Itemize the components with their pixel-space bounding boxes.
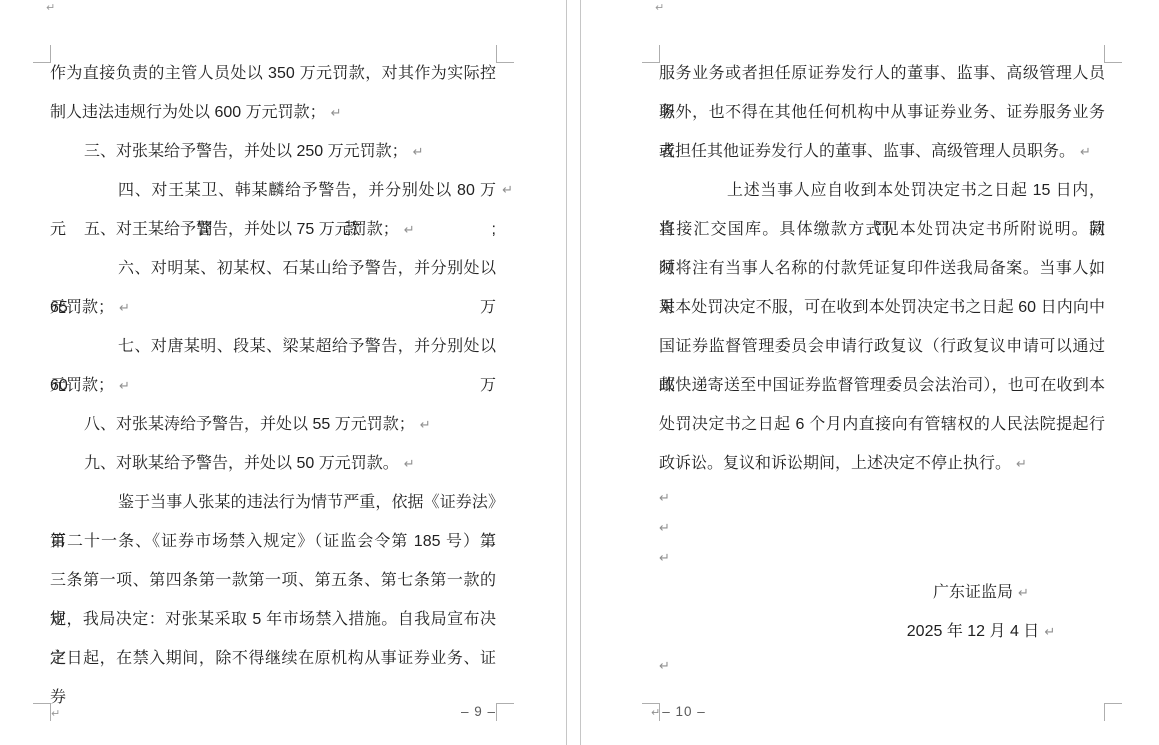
text-line-content: 政诉讼。复议和诉讼期间，上述决定不停止执行。 — [659, 455, 1011, 472]
paragraph-mark-icon: ↵ — [659, 551, 670, 566]
text-line[interactable]: 政诉讼。复议和诉讼期间，上述决定不停止执行。↵ — [659, 444, 1105, 483]
signature-org: 广东证监局↵ — [846, 573, 1116, 612]
text-line[interactable]: 须将注有当事人名称的付款凭证复印件送我局备案。当事人如果 — [659, 249, 1105, 288]
signature-block[interactable]: 广东证监局↵ 2025 年 12 月 4 日↵ — [846, 573, 1116, 651]
text-line-content: 八、对张某涛给予警告，并处以 55 万元罚款； — [50, 416, 415, 433]
text-line[interactable]: 者担任其他证券发行人的董事、监事、高级管理人员职务。↵ — [659, 132, 1105, 171]
page-9-text-column[interactable]: 作为直接负责的主管人员处以 350 万元罚款，对其作为实际控制人违法违规行为处以… — [50, 54, 496, 678]
text-line[interactable]: 对本处罚决定不服，可在收到本处罚决定书之日起 60 日内向中 — [659, 288, 1105, 327]
text-line[interactable]: 上述当事人应自收到本处罚决定书之日起 15 日内，将罚款 — [659, 171, 1105, 210]
page-9[interactable]: ↵ 作为直接负责的主管人员处以 350 万元罚款，对其作为实际控制人违法违规行为… — [0, 0, 567, 745]
paragraph-mark-icon: ↵ — [331, 106, 342, 121]
text-line-content: 者担任其他证券发行人的董事、监事、高级管理人员职务。 — [659, 143, 1075, 160]
paragraph-mark-icon: ↵ — [420, 418, 431, 433]
page-10-footer[interactable]: ↵– 10 – — [651, 704, 706, 719]
paragraph-mark-icon: ↵ — [1080, 145, 1091, 160]
text-line[interactable]: 制人违法违规行为处以 600 万元罚款；↵ — [50, 93, 496, 132]
text-line[interactable]: 四、对王某卫、韩某麟给予警告，并分别处以 80 万元罚款;↵ — [50, 171, 496, 210]
page-number: – 9 – — [461, 704, 496, 719]
text-line-content: 三、对张某给予警告，并处以 250 万元罚款； — [50, 143, 408, 160]
text-boundary-corner-top-right — [1104, 45, 1122, 63]
paragraph-mark-icon: ↵ — [119, 301, 130, 316]
text-line-content: 九、对耿某给予警告，并处以 50 万元罚款。 — [50, 455, 399, 472]
text-line[interactable]: 直接汇交国库。具体缴款方式见本处罚决定书所附说明。同时， — [659, 210, 1105, 249]
paragraph-mark-icon: ↵ — [468, 171, 513, 210]
paragraph-mark-icon: ↵ — [651, 706, 661, 719]
text-line[interactable]: 处罚决定书之日起 6 个月内直接向有管辖权的人民法院提起行 — [659, 405, 1105, 444]
text-line-content: 处罚决定书之日起 6 个月内直接向有管辖权的人民法院提起行 — [659, 416, 1105, 433]
text-boundary-corner-bottom-left — [33, 703, 51, 721]
text-line[interactable]: 元罚款；↵ — [50, 288, 496, 327]
text-line[interactable]: 之日起，在禁入期间，除不得继续在原机构从事证券业务、证券 — [50, 639, 496, 678]
text-line[interactable]: 九、对耿某给予警告，并处以 50 万元罚款。↵ — [50, 444, 496, 483]
paragraph-mark-icon: ↵ — [659, 491, 670, 506]
empty-paragraph: ↵ — [659, 543, 1105, 573]
text-line[interactable]: 定，我局决定：对张某采取 5 年市场禁入措施。自我局宣布决定 — [50, 600, 496, 639]
signature-date-text: 2025 年 12 月 4 日 — [907, 623, 1040, 640]
signature-org-text: 广东证监局 — [933, 584, 1013, 601]
empty-paragraph: ↵ — [659, 651, 1105, 681]
page-10[interactable]: ↵ 服务业务或者担任原证券发行人的董事、监事、高级管理人员职务外，也不得在其他任… — [580, 0, 1159, 745]
text-line-content: 百二十一条、《证券市场禁入规定》（证监会令第 185 号）第 — [50, 533, 496, 550]
text-line[interactable]: 百二十一条、《证券市场禁入规定》（证监会令第 185 号）第 — [50, 522, 496, 561]
paragraph-mark-icon: ↵ — [404, 223, 415, 238]
text-line-content: 五、对王某给予警告，并处以 75 万元罚款； — [50, 221, 399, 238]
text-boundary-corner-top-left — [33, 45, 51, 63]
header-paragraph-mark: ↵ — [46, 1, 55, 14]
text-line-content: 作为直接负责的主管人员处以 350 万元罚款，对其作为实际控 — [50, 65, 496, 82]
text-line[interactable]: 三条第一项、第四条第一款第一项、第五条、第七条第一款的规 — [50, 561, 496, 600]
text-boundary-corner-bottom-right — [1104, 703, 1122, 721]
page-9-footer[interactable]: – 9 – — [50, 704, 496, 719]
paragraph-mark-icon: ↵ — [119, 379, 130, 394]
text-line[interactable]: 作为直接负责的主管人员处以 350 万元罚款，对其作为实际控 — [50, 54, 496, 93]
text-line[interactable]: 务外，也不得在其他任何机构中从事证券业务、证券服务业务或 — [659, 93, 1105, 132]
paragraph-mark-icon: ↵ — [1016, 457, 1027, 472]
text-line[interactable]: 七、对唐某明、段某、梁某超给予警告，并分别处以 60 万 — [50, 327, 496, 366]
text-line[interactable]: 服务业务或者担任原证券发行人的董事、监事、高级管理人员职 — [659, 54, 1105, 93]
text-line[interactable]: 六、对明某、初某权、石某山给予警告，并分别处以 65 万 — [50, 249, 496, 288]
empty-paragraph: ↵ — [659, 483, 1105, 513]
paragraph-mark-icon: ↵ — [1044, 625, 1055, 640]
text-line[interactable]: 政快递寄送至中国证券监督管理委员会法治司），也可在收到本 — [659, 366, 1105, 405]
text-line-content: 政快递寄送至中国证券监督管理委员会法治司），也可在收到本 — [659, 377, 1105, 394]
text-boundary-corner-top-left — [642, 45, 660, 63]
text-line[interactable]: 八、对张某涛给予警告，并处以 55 万元罚款；↵ — [50, 405, 496, 444]
text-line[interactable]: 鉴于当事人张某的违法行为情节严重，依据《证券法》第二 — [50, 483, 496, 522]
paragraph-mark-icon: ↵ — [659, 659, 670, 674]
paragraph-mark-icon: ↵ — [1018, 586, 1029, 601]
text-line-content: 元罚款； — [50, 377, 114, 394]
text-line[interactable]: 五、对王某给予警告，并处以 75 万元罚款；↵ — [50, 210, 496, 249]
document-view: ↵ 作为直接负责的主管人员处以 350 万元罚款，对其作为实际控制人违法违规行为… — [0, 0, 1159, 745]
header-paragraph-mark: ↵ — [655, 1, 664, 14]
text-line-content: 元罚款； — [50, 299, 114, 316]
signature-date: 2025 年 12 月 4 日↵ — [846, 612, 1116, 651]
empty-paragraph: ↵ — [659, 513, 1105, 543]
text-line[interactable]: 元罚款；↵ — [50, 366, 496, 405]
text-line[interactable]: 国证券监督管理委员会申请行政复议（行政复议申请可以通过邮 — [659, 327, 1105, 366]
text-boundary-corner-top-right — [496, 45, 514, 63]
text-line-content: 之日起，在禁入期间，除不得继续在原机构从事证券业务、证券 — [50, 650, 496, 706]
text-line-content: 对本处罚决定不服，可在收到本处罚决定书之日起 60 日内向中 — [659, 299, 1105, 316]
text-line-content: 制人违法违规行为处以 600 万元罚款； — [50, 104, 326, 121]
text-line[interactable]: 三、对张某给予警告，并处以 250 万元罚款；↵ — [50, 132, 496, 171]
paragraph-mark-icon: ↵ — [404, 457, 415, 472]
text-boundary-corner-bottom-right — [496, 703, 514, 721]
page-10-text-column[interactable]: 服务业务或者担任原证券发行人的董事、监事、高级管理人员职务外，也不得在其他任何机… — [659, 54, 1105, 681]
paragraph-mark-icon: ↵ — [413, 145, 424, 160]
paragraph-mark-icon: ↵ — [659, 521, 670, 536]
page-number: – 10 – — [662, 704, 706, 719]
